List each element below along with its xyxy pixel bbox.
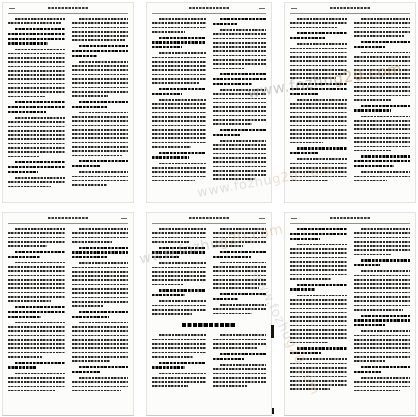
section-heading bbox=[354, 366, 411, 373]
text-line bbox=[152, 313, 192, 315]
header-rule bbox=[8, 223, 128, 224]
running-title bbox=[330, 217, 370, 219]
page-header bbox=[152, 6, 266, 12]
text-line bbox=[8, 283, 65, 285]
text-line bbox=[213, 270, 267, 272]
paragraph bbox=[8, 49, 65, 98]
section-heading bbox=[354, 315, 411, 327]
text-line bbox=[290, 112, 347, 114]
text-line bbox=[290, 248, 347, 250]
text-line bbox=[213, 279, 267, 281]
two-column-text bbox=[152, 18, 266, 181]
section-heading bbox=[8, 306, 65, 318]
text-line bbox=[8, 83, 65, 85]
text-line bbox=[354, 120, 411, 122]
text-line bbox=[213, 373, 267, 375]
text-column-left bbox=[290, 18, 347, 181]
paragraph bbox=[152, 228, 206, 243]
section-heading-line bbox=[290, 238, 320, 240]
text-line bbox=[15, 49, 65, 51]
section-heading-line bbox=[159, 247, 206, 249]
text-line bbox=[354, 254, 391, 256]
scanned-book-page-grid: www.fozhug20.comwww.fozhug20.comwww.fozh… bbox=[0, 0, 418, 417]
text-line bbox=[15, 373, 65, 375]
text-line bbox=[72, 326, 129, 328]
text-line bbox=[72, 95, 109, 97]
text-line bbox=[72, 65, 129, 67]
text-line bbox=[72, 343, 129, 345]
page-header bbox=[8, 216, 128, 222]
section-heading bbox=[152, 37, 206, 49]
page-1-thumbnail[interactable] bbox=[2, 2, 134, 203]
text-line bbox=[8, 134, 65, 136]
text-line bbox=[354, 56, 411, 58]
text-line bbox=[213, 63, 267, 65]
text-line bbox=[213, 93, 267, 95]
section-heading-line bbox=[220, 129, 267, 131]
section-heading-line bbox=[361, 315, 411, 317]
text-line bbox=[361, 270, 411, 272]
text-line bbox=[290, 73, 347, 75]
section-heading-line bbox=[72, 165, 100, 167]
paragraph bbox=[354, 116, 411, 152]
text-line bbox=[290, 129, 347, 131]
text-line bbox=[8, 270, 65, 272]
page-5-thumbnail[interactable] bbox=[146, 212, 272, 416]
page-header bbox=[290, 216, 410, 222]
paragraph bbox=[213, 140, 267, 180]
text-line bbox=[152, 339, 206, 341]
running-title bbox=[330, 7, 370, 9]
text-line bbox=[72, 22, 129, 24]
text-line bbox=[8, 138, 65, 140]
section-heading bbox=[213, 353, 267, 360]
paragraph bbox=[213, 364, 267, 387]
text-line bbox=[8, 143, 65, 145]
text-line bbox=[290, 22, 347, 24]
text-line bbox=[15, 117, 65, 119]
section-heading-line bbox=[213, 298, 239, 300]
text-line bbox=[72, 330, 129, 332]
section-heading bbox=[152, 152, 206, 159]
text-line bbox=[213, 33, 267, 35]
text-line bbox=[79, 228, 129, 230]
page-6-thumbnail[interactable] bbox=[284, 212, 416, 416]
text-line bbox=[361, 52, 411, 54]
section-heading-line bbox=[213, 256, 252, 258]
text-line bbox=[290, 116, 347, 118]
text-line bbox=[290, 274, 347, 276]
section-heading-line bbox=[213, 134, 241, 136]
text-line bbox=[213, 347, 258, 349]
section-heading bbox=[8, 362, 65, 369]
paragraph bbox=[354, 270, 411, 310]
text-line bbox=[354, 237, 411, 239]
text-line bbox=[72, 155, 122, 157]
section-heading-line bbox=[152, 294, 185, 296]
text-line bbox=[290, 176, 347, 178]
text-line bbox=[159, 52, 206, 54]
section-heading bbox=[290, 347, 347, 354]
page-header bbox=[152, 216, 266, 222]
text-line bbox=[72, 305, 105, 307]
text-column-left bbox=[152, 228, 206, 315]
text-line bbox=[72, 146, 129, 148]
text-line bbox=[354, 343, 411, 345]
text-line bbox=[290, 265, 347, 267]
paragraph bbox=[152, 52, 206, 84]
text-line bbox=[290, 65, 347, 67]
paragraph bbox=[290, 43, 347, 79]
text-line bbox=[159, 163, 206, 165]
text-line bbox=[354, 150, 391, 152]
text-line bbox=[152, 237, 206, 239]
text-line bbox=[213, 68, 245, 70]
text-line bbox=[354, 347, 411, 349]
section-heading bbox=[152, 247, 206, 259]
section-heading-line bbox=[152, 93, 182, 95]
paragraph bbox=[213, 29, 267, 69]
centered-chapter-heading bbox=[182, 323, 236, 328]
text-column-right bbox=[213, 334, 267, 387]
text-line bbox=[152, 352, 206, 354]
text-line bbox=[8, 300, 51, 302]
section-heading bbox=[213, 129, 267, 136]
text-line bbox=[72, 335, 129, 337]
text-line bbox=[290, 325, 347, 327]
text-line bbox=[15, 18, 65, 20]
text-line bbox=[72, 35, 129, 37]
text-line bbox=[213, 241, 267, 243]
text-line bbox=[152, 137, 206, 139]
section-heading bbox=[213, 293, 267, 300]
text-line bbox=[213, 266, 267, 268]
text-line bbox=[152, 305, 206, 307]
text-line bbox=[213, 313, 253, 315]
section-heading-line bbox=[354, 109, 392, 111]
text-line bbox=[220, 228, 267, 230]
section-heading-line bbox=[361, 259, 411, 261]
text-line bbox=[290, 60, 347, 62]
text-line bbox=[8, 78, 65, 80]
paragraph bbox=[290, 158, 347, 181]
paragraph bbox=[290, 295, 347, 344]
page-number bbox=[259, 218, 265, 220]
text-line bbox=[354, 27, 411, 29]
paragraph bbox=[213, 334, 267, 349]
section-heading-line bbox=[354, 264, 381, 266]
text-line bbox=[297, 43, 347, 45]
text-line bbox=[8, 186, 51, 188]
paragraph bbox=[354, 52, 411, 101]
text-column-left bbox=[8, 228, 65, 391]
section-heading-line bbox=[159, 88, 206, 90]
text-line bbox=[152, 267, 206, 269]
text-line bbox=[297, 358, 347, 360]
text-line bbox=[152, 180, 195, 182]
text-line bbox=[8, 335, 65, 337]
paragraph bbox=[8, 18, 65, 24]
text-line bbox=[72, 27, 129, 29]
section-heading bbox=[8, 251, 65, 258]
text-line bbox=[213, 161, 267, 163]
paragraph bbox=[72, 228, 129, 243]
text-line bbox=[361, 116, 411, 118]
text-line bbox=[213, 283, 267, 285]
text-line bbox=[8, 61, 65, 63]
section-heading-line bbox=[361, 105, 411, 107]
text-line bbox=[72, 129, 129, 131]
text-line bbox=[290, 342, 328, 344]
text-line bbox=[213, 38, 267, 40]
text-line bbox=[8, 381, 65, 383]
text-line bbox=[354, 141, 411, 143]
section-heading-line bbox=[213, 78, 267, 80]
text-line bbox=[152, 146, 191, 148]
text-line bbox=[72, 82, 129, 84]
text-line bbox=[213, 110, 267, 112]
section-heading bbox=[72, 160, 129, 167]
text-line bbox=[213, 144, 267, 146]
section-heading-line bbox=[8, 111, 46, 113]
paragraph bbox=[152, 99, 206, 148]
text-line bbox=[8, 151, 65, 153]
section-heading-line bbox=[220, 18, 267, 20]
text-line bbox=[290, 388, 330, 390]
text-line bbox=[159, 334, 206, 336]
paragraph bbox=[72, 262, 129, 307]
section-heading-line bbox=[159, 289, 206, 291]
section-heading-line bbox=[72, 50, 129, 52]
section-heading-line bbox=[15, 362, 65, 364]
paragraph bbox=[213, 228, 267, 247]
text-line bbox=[290, 299, 347, 301]
text-line bbox=[354, 137, 411, 139]
text-line bbox=[152, 22, 206, 24]
text-line bbox=[152, 309, 206, 311]
text-column-left bbox=[152, 18, 206, 181]
two-column-text bbox=[152, 228, 266, 315]
text-line bbox=[354, 356, 411, 358]
text-line bbox=[72, 150, 129, 152]
paragraph bbox=[8, 228, 65, 247]
text-line bbox=[79, 18, 129, 20]
page-number bbox=[291, 218, 297, 220]
paragraph bbox=[290, 244, 347, 280]
two-column-text bbox=[290, 18, 410, 181]
running-title bbox=[189, 217, 229, 219]
section-heading-line bbox=[354, 324, 385, 326]
text-line bbox=[213, 102, 267, 104]
text-line bbox=[152, 133, 206, 135]
text-line bbox=[213, 50, 267, 52]
text-line bbox=[152, 69, 206, 71]
text-line bbox=[79, 262, 129, 264]
section-heading bbox=[290, 83, 347, 95]
text-line bbox=[152, 78, 206, 80]
text-line bbox=[290, 252, 347, 254]
section-heading-line bbox=[290, 88, 347, 90]
section-heading bbox=[213, 73, 267, 85]
section-heading-line bbox=[213, 358, 245, 360]
text-line bbox=[152, 343, 206, 345]
text-line bbox=[290, 312, 347, 314]
text-line bbox=[290, 167, 347, 169]
text-line bbox=[8, 53, 65, 55]
text-line bbox=[290, 384, 347, 386]
text-line bbox=[72, 284, 129, 286]
text-line bbox=[354, 99, 392, 101]
text-line bbox=[213, 157, 267, 159]
text-line bbox=[290, 337, 347, 339]
text-line bbox=[354, 60, 411, 62]
page-number bbox=[121, 218, 127, 220]
page-2-thumbnail[interactable] bbox=[146, 2, 272, 203]
section-heading-line bbox=[8, 366, 37, 368]
text-line bbox=[354, 133, 411, 135]
section-heading-line bbox=[297, 347, 347, 349]
text-line bbox=[8, 390, 56, 392]
text-line bbox=[72, 275, 129, 277]
two-column-text bbox=[152, 334, 266, 387]
text-line bbox=[72, 301, 129, 303]
text-line bbox=[8, 57, 65, 59]
text-line bbox=[152, 120, 206, 122]
text-column-right bbox=[354, 228, 411, 391]
section-heading-line bbox=[152, 46, 182, 48]
text-line bbox=[152, 61, 206, 63]
text-line bbox=[152, 232, 206, 234]
text-line bbox=[152, 31, 185, 33]
section-heading bbox=[354, 259, 411, 266]
text-line bbox=[290, 329, 347, 331]
page-number bbox=[291, 8, 297, 10]
text-line bbox=[152, 356, 193, 358]
text-line bbox=[290, 316, 347, 318]
paragraph bbox=[354, 330, 411, 362]
text-line bbox=[361, 330, 411, 332]
section-heading-line bbox=[361, 155, 411, 157]
text-line bbox=[213, 308, 267, 310]
text-line bbox=[290, 308, 347, 310]
section-heading-line bbox=[152, 256, 179, 258]
section-heading-line bbox=[354, 319, 411, 321]
paragraph bbox=[354, 18, 411, 37]
text-line bbox=[290, 120, 347, 122]
text-line bbox=[361, 18, 411, 20]
text-line bbox=[354, 90, 411, 92]
text-line bbox=[354, 352, 411, 354]
text-line bbox=[8, 275, 65, 277]
text-line bbox=[72, 271, 129, 273]
text-line bbox=[290, 163, 347, 165]
text-line bbox=[290, 103, 347, 105]
text-line bbox=[354, 360, 386, 362]
section-heading-line bbox=[290, 288, 315, 290]
section-heading-line bbox=[297, 147, 347, 149]
text-line bbox=[354, 95, 411, 97]
text-line bbox=[297, 244, 347, 246]
section-heading-line bbox=[290, 37, 326, 39]
text-line bbox=[72, 241, 112, 243]
text-line bbox=[8, 377, 65, 379]
section-heading bbox=[290, 147, 347, 154]
section-heading-line bbox=[72, 251, 129, 253]
text-line bbox=[79, 61, 129, 63]
two-column-text bbox=[290, 228, 410, 391]
text-line bbox=[152, 279, 206, 281]
text-line bbox=[72, 356, 129, 358]
text-line bbox=[8, 266, 65, 268]
section-heading-line bbox=[8, 166, 65, 168]
text-line bbox=[72, 267, 129, 269]
section-heading-line bbox=[297, 228, 347, 230]
text-line bbox=[15, 262, 65, 264]
page-3-thumbnail[interactable] bbox=[284, 2, 416, 203]
text-line bbox=[72, 352, 129, 354]
section-heading bbox=[290, 284, 347, 291]
section-heading-line bbox=[15, 251, 65, 253]
text-line bbox=[213, 368, 267, 370]
section-heading-line bbox=[15, 101, 65, 103]
text-line bbox=[15, 322, 65, 324]
text-line bbox=[8, 181, 65, 183]
text-line bbox=[290, 303, 347, 305]
text-line bbox=[8, 326, 65, 328]
text-line bbox=[152, 142, 206, 144]
binding-mark bbox=[272, 408, 274, 414]
paragraph bbox=[152, 163, 206, 182]
text-line bbox=[361, 228, 411, 230]
text-line bbox=[8, 292, 65, 294]
paragraph bbox=[290, 99, 347, 144]
section-heading-line bbox=[72, 371, 101, 373]
text-line bbox=[290, 48, 347, 50]
text-line bbox=[15, 177, 65, 179]
section-heading-line bbox=[159, 37, 206, 39]
text-line bbox=[8, 245, 47, 247]
text-line bbox=[72, 360, 111, 362]
text-line bbox=[354, 283, 411, 285]
section-heading-line bbox=[79, 160, 129, 162]
text-line bbox=[159, 18, 206, 20]
text-line bbox=[72, 125, 129, 127]
text-line bbox=[213, 46, 267, 48]
text-line bbox=[290, 69, 347, 71]
section-heading-line bbox=[290, 233, 347, 235]
section-heading-line bbox=[152, 156, 189, 158]
text-line bbox=[290, 333, 347, 335]
text-line bbox=[152, 377, 206, 379]
text-line bbox=[72, 292, 129, 294]
text-line bbox=[79, 171, 129, 173]
text-line bbox=[213, 55, 267, 57]
page-4-thumbnail[interactable] bbox=[2, 212, 134, 416]
section-heading bbox=[152, 289, 206, 296]
section-heading bbox=[8, 101, 65, 113]
section-heading-line bbox=[297, 83, 347, 85]
text-line bbox=[220, 304, 267, 306]
text-line bbox=[8, 339, 65, 341]
text-line bbox=[290, 27, 337, 29]
text-line bbox=[213, 245, 243, 247]
paragraph bbox=[290, 18, 347, 28]
paragraph bbox=[8, 177, 65, 187]
text-line bbox=[72, 297, 129, 299]
section-heading-line bbox=[8, 38, 65, 40]
text-line bbox=[354, 292, 411, 294]
text-line bbox=[220, 334, 267, 336]
